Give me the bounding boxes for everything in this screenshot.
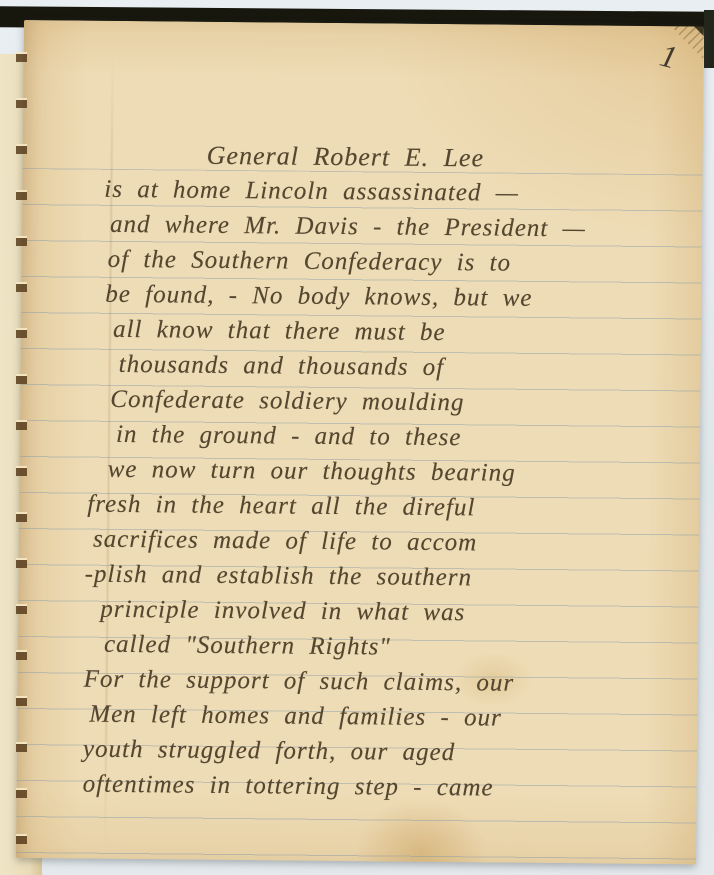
handwritten-line-5: be found, - No body knows, but we [105,277,697,318]
scanned-notebook-photo: 1 General Robert E. Lee is at home Linco… [0,0,714,875]
handwritten-line-11: fresh in the heart all the direful [87,487,695,528]
handwritten-line-10: we now turn our thoughts bearing [108,452,696,493]
handwritten-line-4: of the Southern Confederacy is to [108,242,698,283]
handwritten-line-9: in the ground - and to these [116,417,696,458]
handwritten-line-14: principle involved in what was [100,592,694,633]
notebook-cover-corner [704,10,714,68]
handwritten-line-2: is at home Lincoln assassinated — [104,172,698,213]
handwritten-line-19: oftentimes in tottering step - came [83,767,693,808]
handwritten-line-18: youth struggled forth, our aged [83,732,693,773]
manuscript-page: 1 General Robert E. Lee is at home Linco… [16,20,704,864]
handwritten-line-16: For the support of such claims, our [84,662,694,703]
handwritten-text: General Robert E. Lee is at home Lincoln… [83,137,699,808]
handwritten-line-12: sacrifices made of life to accom [93,522,695,563]
handwritten-line-3: and where Mr. Davis - the President — [110,207,698,248]
binding-stitches [16,52,27,858]
handwritten-line-1: General Robert E. Lee [207,138,699,178]
handwritten-line-17: Men left homes and families - our [89,697,693,738]
page-number: 1 [656,37,682,77]
handwritten-line-13: -plish and establish the southern [85,557,695,598]
handwritten-line-15: called "Southern Rights" [104,627,694,668]
handwritten-line-8: Confederate soldiery moulding [110,382,696,423]
handwritten-line-7: thousands and thousands of [119,347,697,388]
handwritten-line-6: all know that there must be [113,312,697,353]
